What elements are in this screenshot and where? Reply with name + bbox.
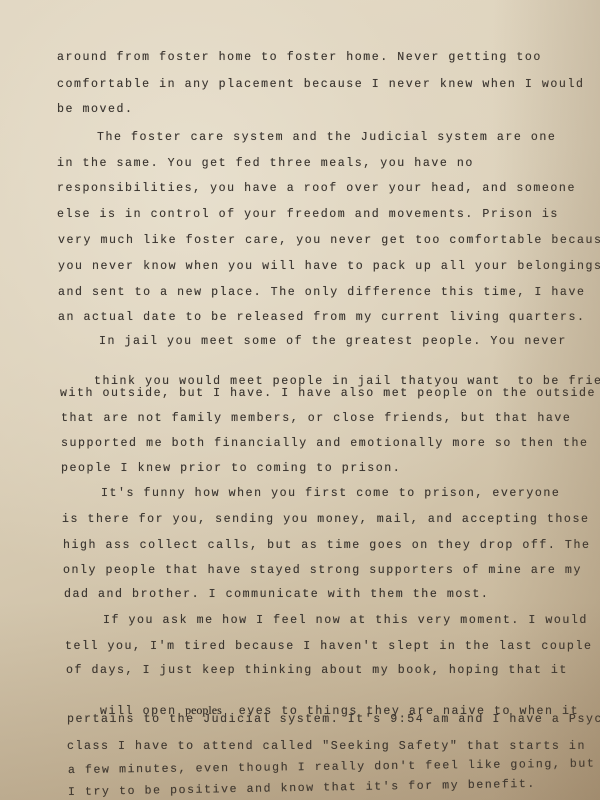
text-line: class I have to attend called "Seeking S… [67,740,586,754]
text-line: in the same. You get fed three meals, yo… [57,157,474,171]
text-line: supported me both financially and emotio… [61,437,588,451]
text-line: only people that have stayed strong supp… [63,564,582,578]
text-line: of days, I just keep thinking about my b… [66,664,568,678]
text-line: dad and brother. I communicate with them… [64,588,489,602]
paragraph-start-line: In jail you meet some of the greatest pe… [99,335,567,349]
paragraph-start-line: It's funny how when you first come to pr… [101,487,560,501]
text-line: and sent to a new place. The only differ… [58,286,585,300]
text-line: responsibilities, you have a roof over y… [57,182,576,196]
text-line: else is in control of your freedom and m… [57,208,559,222]
paper-page: around from foster home to foster home. … [0,0,600,800]
paragraph-start-line: The foster care system and the Judicial … [97,131,556,145]
text-line: an actual date to be released from my cu… [58,311,585,325]
text-line: you never know when you will have to pac… [58,260,600,274]
text-line: that are not family members, or close fr… [61,412,571,426]
text-line: around from foster home to foster home. … [57,51,542,65]
text-line: comfortable in any placement because I n… [57,78,584,92]
text-line: be moved. [57,103,134,117]
text-line: I try to be positive and know that it's … [68,778,536,800]
paragraph-start-line: If you ask me how I feel now at this ver… [103,614,588,628]
text-line: tell you, I'm tired because I haven't sl… [65,640,592,654]
text-line: people I knew prior to coming to prison. [61,462,401,476]
text-line: is there for you, sending you money, mai… [62,513,589,527]
text-line: a few minutes, even though I really don'… [68,758,596,778]
text-line: with outside, but I have. I have also me… [60,387,596,401]
text-line: very much like foster care, you never ge… [58,234,600,248]
text-line: pertains to the Judicial system. It's 9:… [67,713,600,727]
text-line: high ass collect calls, but as time goes… [63,539,590,553]
